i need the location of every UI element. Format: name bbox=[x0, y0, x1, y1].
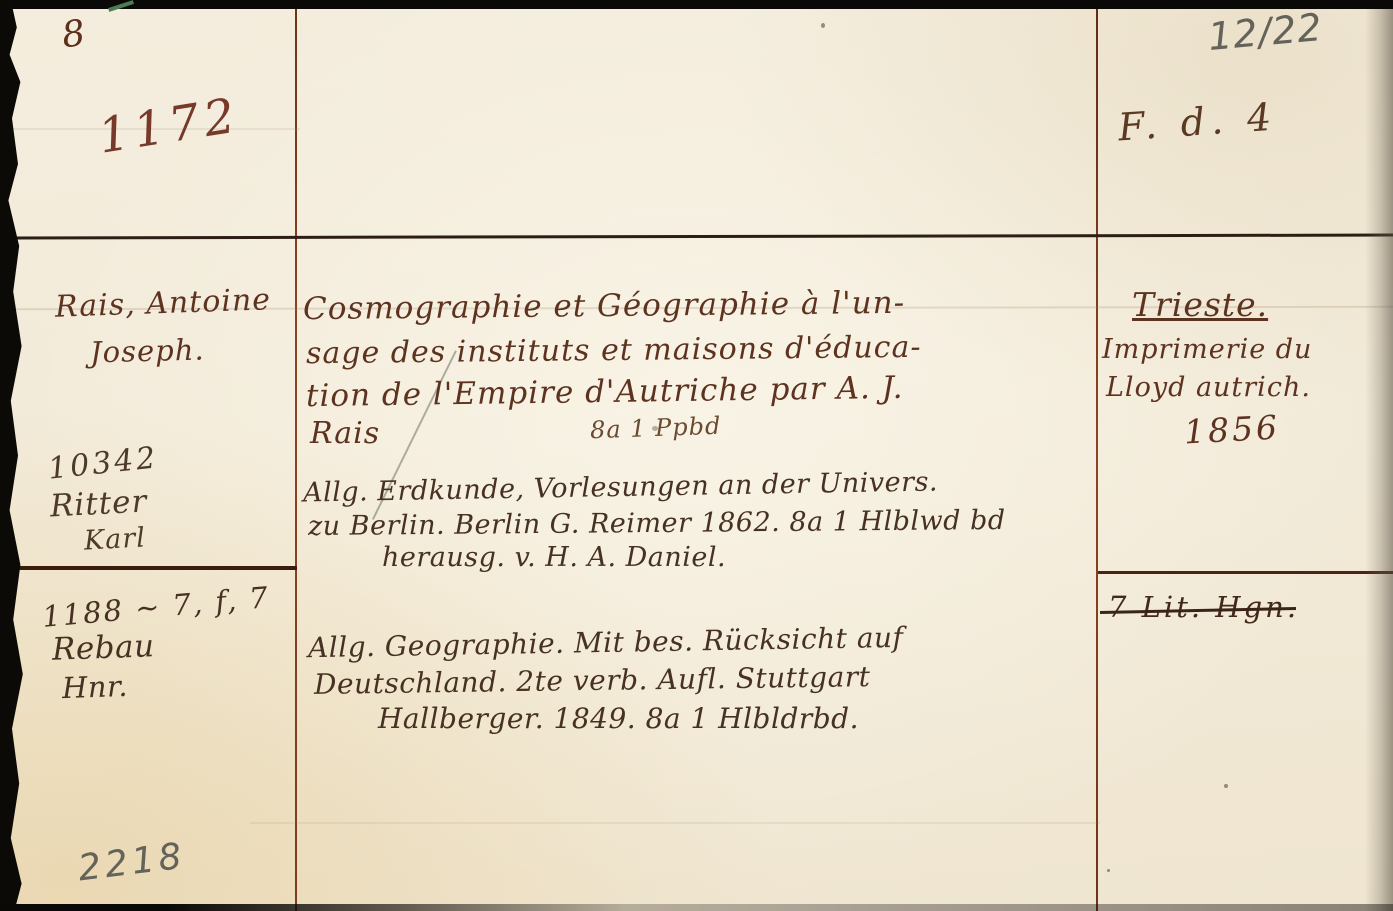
left-column-divider-rule bbox=[16, 566, 297, 570]
entry-2-title-line-2: zu Berlin. Berlin G. Reimer 1862. 8a 1 H… bbox=[308, 505, 1006, 542]
entry-3-author-line-2: Hnr. bbox=[61, 669, 128, 705]
entry-1-format-note: 8a 1 Ppbd bbox=[590, 412, 722, 445]
bottom-edge bbox=[0, 904, 1393, 911]
right-column-divider-rule bbox=[1098, 571, 1393, 574]
entry-2-author-line-2: Karl bbox=[83, 522, 146, 556]
entry-1-imprint-line-4: 1856 bbox=[1183, 408, 1281, 452]
entry-3-author-line-1: Rebau bbox=[51, 628, 155, 668]
entry-1-imprint-line-3: Lloyd autrich. bbox=[1106, 372, 1311, 403]
entry-1-imprint-line-1: Trieste. bbox=[1132, 285, 1268, 324]
entry-1-author-line-2: Joseph. bbox=[90, 333, 205, 370]
crease-line bbox=[250, 822, 1100, 824]
entry-1-title-line-2: sage des instituts et maisons d'éduca- bbox=[306, 330, 922, 371]
entry-1-title-line-4: Rais bbox=[310, 416, 380, 451]
entry-1-imprint-line-2: Imprimerie du bbox=[1102, 334, 1312, 365]
paper-speck bbox=[1224, 784, 1228, 788]
entry-1-title-line-1: Cosmographie et Géographie à l'un- bbox=[303, 285, 905, 327]
entry-3-title-line-3: Hallberger. 1849. 8a 1 Hlbldrbd. bbox=[378, 702, 859, 735]
vertical-rule-left-column bbox=[295, 9, 297, 911]
paper-speck bbox=[821, 23, 825, 28]
top-edge bbox=[0, 0, 1393, 9]
paper-speck bbox=[1107, 869, 1110, 872]
entry-2-title-line-3: herausg. v. H. A. Daniel. bbox=[382, 542, 726, 573]
right-edge-shadow bbox=[1365, 0, 1393, 911]
entry-2-author-line-1: Ritter bbox=[49, 483, 148, 524]
vertical-rule-right-column bbox=[1096, 9, 1098, 911]
